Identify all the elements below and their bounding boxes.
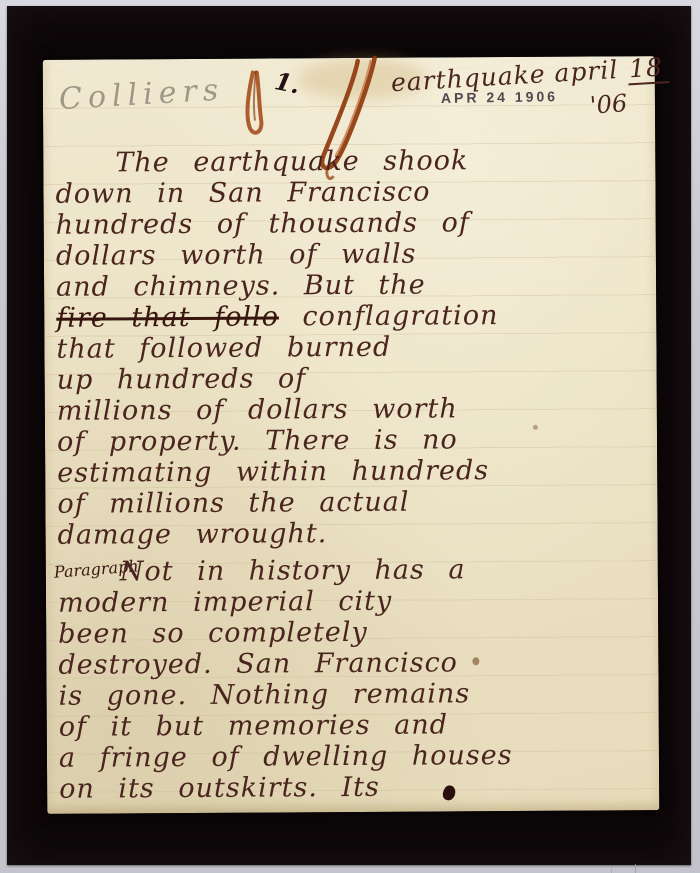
manuscript-text: of it but memories and (59, 709, 448, 742)
manuscript-line: of property. There is no (57, 423, 649, 458)
manuscript-line: of it but memories and (59, 708, 651, 743)
manuscript-line: fire that follo conflagration (56, 299, 648, 334)
manuscript-line: a fringe of dwelling houses (59, 739, 651, 774)
manuscript-line: is gone. Nothing remains (58, 677, 650, 712)
manuscript-line: and chimneys. But the (56, 268, 648, 303)
manuscript-line: millions of dollars worth (57, 392, 649, 427)
manuscript-text: modern imperial city (58, 586, 392, 619)
manuscript-line: down in San Francisco (55, 175, 647, 210)
manuscript-line: hundreds of thousands of (56, 206, 648, 241)
manuscript-text: damage wrought. (58, 518, 328, 551)
manuscript-page: Colliers 1. earthquake april 18 '06 APR … (43, 56, 660, 814)
manuscript-line: damage wrought. (58, 516, 650, 551)
manuscript-text: Not in history has a (120, 554, 466, 587)
received-date-stamp: APR 24 1906 (441, 88, 558, 106)
manuscript-text: is gone. Nothing remains (58, 678, 470, 712)
pencil-publication-note: Colliers (58, 72, 225, 117)
scanner-artifact-line (611, 865, 612, 873)
manuscript-text: up hundreds of (57, 363, 307, 396)
manuscript-text: a fringe of dwelling houses (59, 740, 513, 774)
photo-mount: Colliers 1. earthquake april 18 '06 APR … (7, 6, 691, 865)
manuscript-line: on its outskirts. Its (59, 770, 651, 805)
manuscript-line: of millions the actual (57, 485, 649, 520)
manuscript-text: been so completely (58, 617, 368, 650)
ink-stain-dot (472, 657, 479, 665)
manuscript-text: on its outskirts. Its (59, 772, 380, 805)
manuscript-line: Not in history has a (58, 553, 650, 588)
manuscript-text: estimating within hundreds (57, 455, 489, 489)
manuscript-text: of property. There is no (57, 424, 458, 457)
manuscript-paragraph-2: Not in history has amodern imperial city… (58, 553, 652, 805)
date-note-day: 18 (626, 52, 670, 85)
struck-out-text: fire that follo (56, 301, 279, 333)
manuscript-line: that followed burned (56, 330, 648, 365)
scanner-artifact-line (635, 864, 636, 873)
manuscript-line: modern imperial city (58, 584, 650, 619)
manuscript-line: destroyed. San Francisco (58, 646, 650, 681)
manuscript-text: down in San Francisco (55, 177, 430, 210)
manuscript-text: millions of dollars worth (57, 393, 458, 426)
manuscript-text: of millions the actual (57, 487, 409, 520)
manuscript-paragraph-1: The earthquake shookdown in San Francisc… (55, 144, 649, 551)
manuscript-text: hundreds of thousands of (56, 207, 470, 241)
manuscript-line: dollars worth of walls (56, 237, 648, 272)
manuscript-line: estimating within hundreds (57, 454, 649, 489)
manuscript-text: conflagration (279, 300, 499, 332)
manuscript-text: The earthquake shook (115, 145, 468, 178)
manuscript-line: The earthquake shook (55, 144, 647, 179)
manuscript-line: been so completely (58, 615, 650, 650)
manuscript-text: that followed burned (56, 332, 391, 365)
page-number: 1. (272, 66, 302, 99)
manuscript-line: up hundreds of (57, 361, 649, 396)
manuscript-text: destroyed. San Francisco (58, 647, 458, 680)
ink-stain-dot (533, 425, 538, 430)
date-note-year: '06 (589, 89, 628, 120)
manuscript-text: dollars worth of walls (56, 239, 417, 272)
manuscript-text: and chimneys. But the (56, 270, 426, 303)
